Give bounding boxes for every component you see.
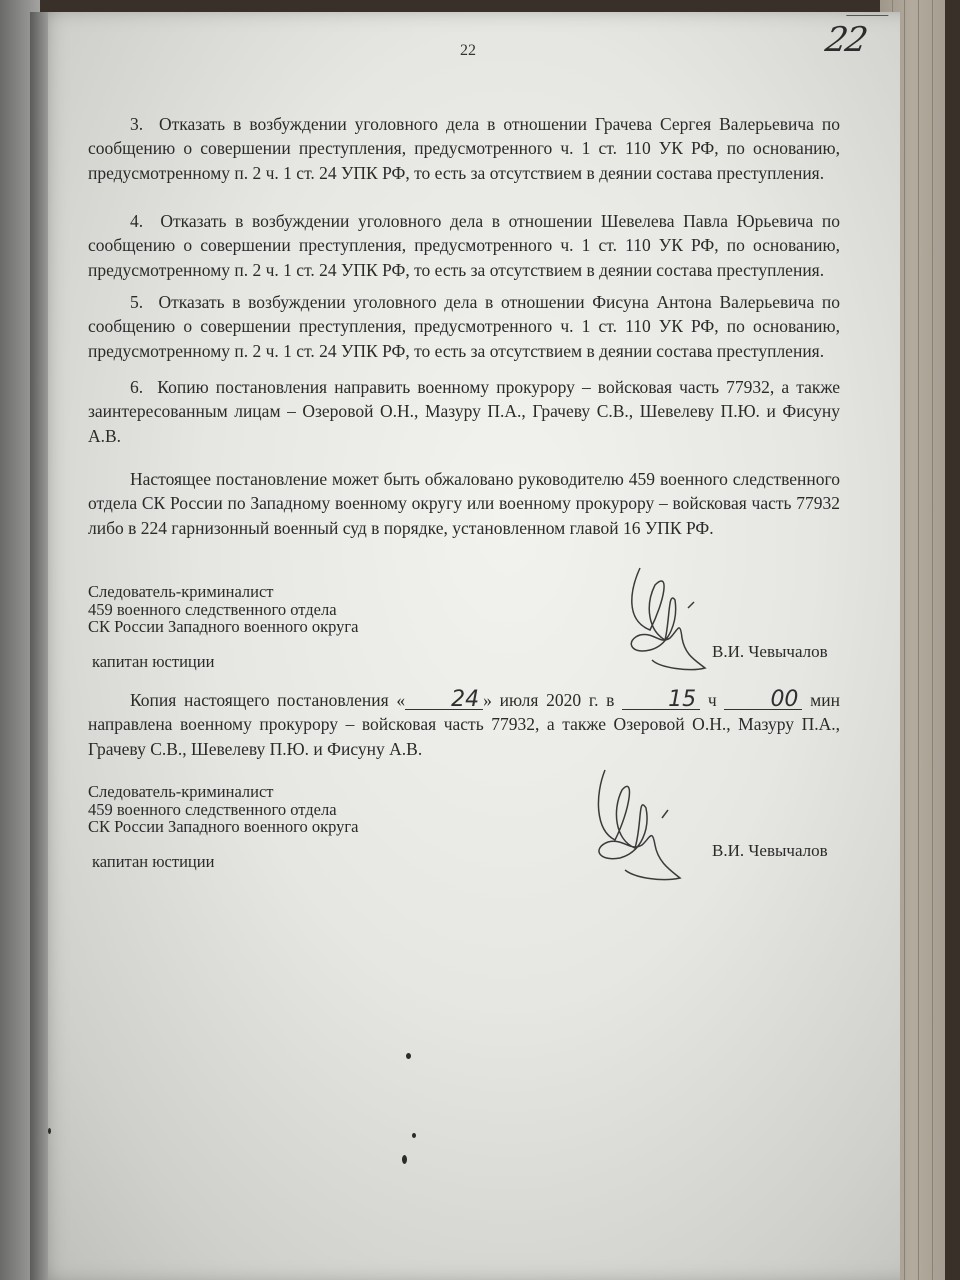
- signature-block-2-title: Следователь-криминалист 459 военного сле…: [88, 783, 488, 836]
- ink-spot: [402, 1155, 407, 1164]
- paragraph-6: 6. Копию постановления направить военном…: [88, 375, 840, 448]
- signature-icon: [580, 760, 690, 885]
- ink-spot: [406, 1053, 411, 1059]
- binding-gutter-shadow: [30, 12, 48, 1280]
- signer-rank: капитан юстиции: [92, 652, 214, 672]
- signature-block-1-title: Следователь-криминалист 459 военного сле…: [88, 583, 488, 636]
- signer-department: 459 военного следственного отдела: [88, 801, 488, 819]
- appeal-notice: Настоящее постановление может быть обжал…: [88, 467, 840, 540]
- paragraph-number: 4.: [130, 211, 143, 231]
- paragraph-text: Отказать в возбуждении уголовного дела в…: [88, 292, 840, 361]
- handwritten-hour: 15: [622, 691, 700, 710]
- signer-rank: капитан юстиции: [92, 852, 214, 872]
- signer-organization: СК России Западного военного округа: [88, 618, 488, 636]
- paragraph-3: 3. Отказать в возбуждении уголовного дел…: [88, 112, 840, 185]
- paragraph-number: 3.: [130, 114, 143, 134]
- paragraph-number: 6.: [130, 377, 143, 397]
- handwritten-sheet-number: 22: [822, 20, 868, 60]
- paragraph-text: Отказать в возбуждении уголовного дела в…: [88, 114, 840, 183]
- signer-position: Следователь-криминалист: [88, 783, 488, 801]
- paragraph-5: 5. Отказать в возбуждении уголовного дел…: [88, 290, 840, 363]
- appeal-notice-text: Настоящее постановление может быть обжал…: [88, 467, 840, 540]
- paragraph-number: 5.: [130, 292, 143, 312]
- copy-notice: Копия настоящего постановления «24» июля…: [88, 688, 840, 761]
- handwritten-day: 24: [405, 691, 483, 710]
- signature-icon: [610, 560, 710, 675]
- ink-spot: [412, 1133, 416, 1138]
- copy-notice-recipients: направлена военному прокурору – войскова…: [88, 712, 840, 761]
- signer-department: 459 военного следственного отдела: [88, 601, 488, 619]
- paragraph-text: Отказать в возбуждении уголовного дела в…: [88, 211, 840, 280]
- paragraph-text: Копию постановления направить военному п…: [88, 377, 840, 446]
- signer-organization: СК России Западного военного округа: [88, 818, 488, 836]
- signer-name: В.И. Чевычалов: [712, 841, 828, 861]
- paragraph-4: 4. Отказать в возбуждении уголовного дел…: [88, 209, 840, 282]
- ink-spot: [48, 1128, 51, 1134]
- signer-name: В.И. Чевычалов: [712, 642, 828, 662]
- handwritten-minute: 00: [724, 691, 802, 710]
- signer-position: Следователь-криминалист: [88, 583, 488, 601]
- page-number: 22: [460, 42, 476, 60]
